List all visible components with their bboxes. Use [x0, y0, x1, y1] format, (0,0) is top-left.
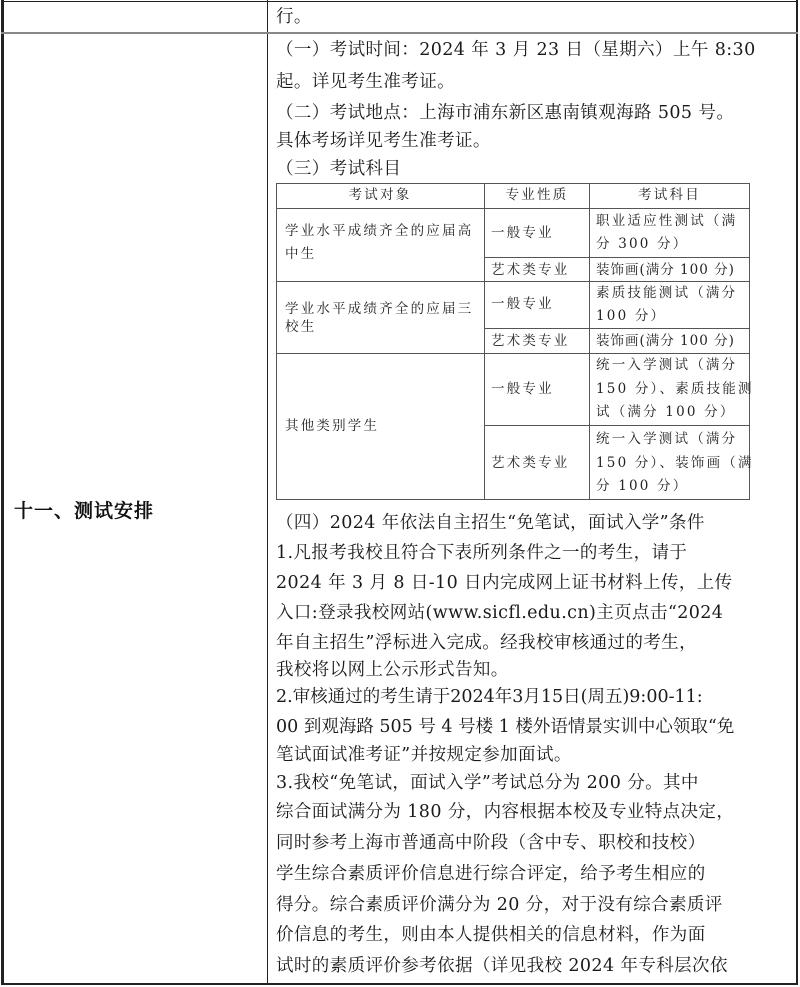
paragraph-line: （四）2024 年依法自主招生“免笔试，面试入学”条件 — [276, 510, 705, 536]
paragraph-line: （一）考试时间：2024 年 3 月 23 日（星期六）上午 8:30 — [276, 37, 756, 63]
table-cell-subject: 素质技能测试（满分 — [596, 282, 737, 304]
top-row-continuation: 行。 — [276, 4, 312, 30]
table-cell-subject: 装饰画(满分 100 分) — [596, 330, 735, 352]
column-divider — [267, 0, 268, 984]
table-header-target: 考试对象 — [276, 184, 484, 206]
table-cell-subject: 150 分）、素质技能测 — [596, 378, 754, 400]
paragraph-line: 笔试面试准考证”并按规定参加面试。 — [276, 742, 572, 768]
paragraph-line: 2024 年 3 月 8 日-10 日内完成网上证书材料上传，上传 — [276, 570, 733, 596]
paragraph-line: 入口:登录我校网站(www.sicfl.edu.cn)主页点击“2024 — [276, 600, 723, 626]
paragraph-line: 00 到观海路 505 号 4 号楼 1 楼外语情景实训中心领取“免 — [276, 714, 734, 740]
table-cell-target: 校生 — [285, 316, 316, 338]
table-cell-target: 其他类别学生 — [285, 415, 379, 437]
table-cell-type: 一般专业 — [491, 293, 554, 315]
paragraph-line: 学生综合素质评价信息进行综合评定，给予考生相应的 — [276, 861, 706, 887]
paragraph-line: 价信息的考生，则由本人提供相关的信息材料，作为面 — [276, 922, 706, 948]
paragraph-line: （三）考试科目 — [276, 156, 401, 182]
table-cell-subject: 统一入学测试（满分 — [596, 428, 737, 450]
table-cell-subject: 分 300 分） — [596, 233, 688, 255]
paragraph-line: （二）考试地点：上海市浦东新区惠南镇观海路 505 号。 — [276, 100, 734, 126]
table-header-subject: 考试科目 — [590, 184, 749, 206]
paragraph-line: 具体考场详见考生准考证。 — [276, 128, 491, 154]
table-cell-type: 艺术类专业 — [491, 452, 570, 474]
outer-right-border — [796, 0, 798, 984]
paragraph-line: 我校将以网上公示形式告知。 — [276, 657, 509, 683]
exam-subjects-table: 考试对象 专业性质 考试科目 学业水平成绩齐全的应届高 中生 一般专业 职业适应… — [276, 183, 750, 500]
table-cell-type: 艺术类专业 — [491, 330, 570, 352]
outer-bottom-border — [1, 983, 798, 985]
table-cell-subject: 装饰画(满分 100 分) — [596, 259, 735, 281]
paragraph-line: 起。详见考生准考证。 — [276, 69, 455, 95]
table-header-type: 专业性质 — [485, 184, 589, 206]
row-divider — [1, 32, 798, 34]
outer-top-border — [1, 1, 798, 2]
paragraph-line: 试时的素质评价参考依据（详见我校 2024 年专科层次依 — [276, 953, 728, 979]
outer-left-border — [1, 0, 4, 984]
table-cell-type: 一般专业 — [491, 378, 554, 400]
table-cell-target: 学业水平成绩齐全的应届高 — [285, 220, 473, 242]
table-cell-subject: 分 100 分） — [596, 475, 688, 497]
paragraph-line: 同时参考上海市普通高中阶段（含中专、职校和技校） — [276, 830, 706, 856]
paragraph-line: 得分。综合素质评价满分为 20 分，对于没有综合素质评 — [276, 892, 723, 918]
document-page: 行。 十一、测试安排 （一）考试时间：2024 年 3 月 23 日（星期六）上… — [0, 0, 800, 987]
paragraph-line: 2.审核通过的考生请于2024年3月15日(周五)9:00-11: — [276, 684, 703, 710]
paragraph-line: 年自主招生”浮标进入完成。经我校审核通过的考生， — [276, 630, 697, 656]
paragraph-line: 1.凡报考我校且符合下表所列条件之一的考生，请于 — [276, 540, 687, 566]
table-cell-target: 中生 — [285, 243, 316, 265]
paragraph-line: 3.我校“免笔试，面试入学”考试总分为 200 分。其中 — [276, 770, 699, 796]
table-cell-subject: 试（满分 100 分） — [596, 401, 736, 423]
table-cell-subject: 职业适应性测试（满 — [596, 210, 737, 232]
paragraph-line: 综合面试满分为 180 分，内容根据本校及专业特点决定， — [276, 799, 734, 825]
table-cell-type: 一般专业 — [491, 222, 554, 244]
table-cell-subject: 150 分）、装饰画（满 — [596, 452, 754, 474]
table-cell-subject: 100 分） — [596, 305, 666, 327]
section-heading: 十一、测试安排 — [14, 496, 154, 523]
table-cell-type: 艺术类专业 — [491, 259, 570, 281]
table-cell-subject: 统一入学测试（满分 — [596, 354, 737, 376]
